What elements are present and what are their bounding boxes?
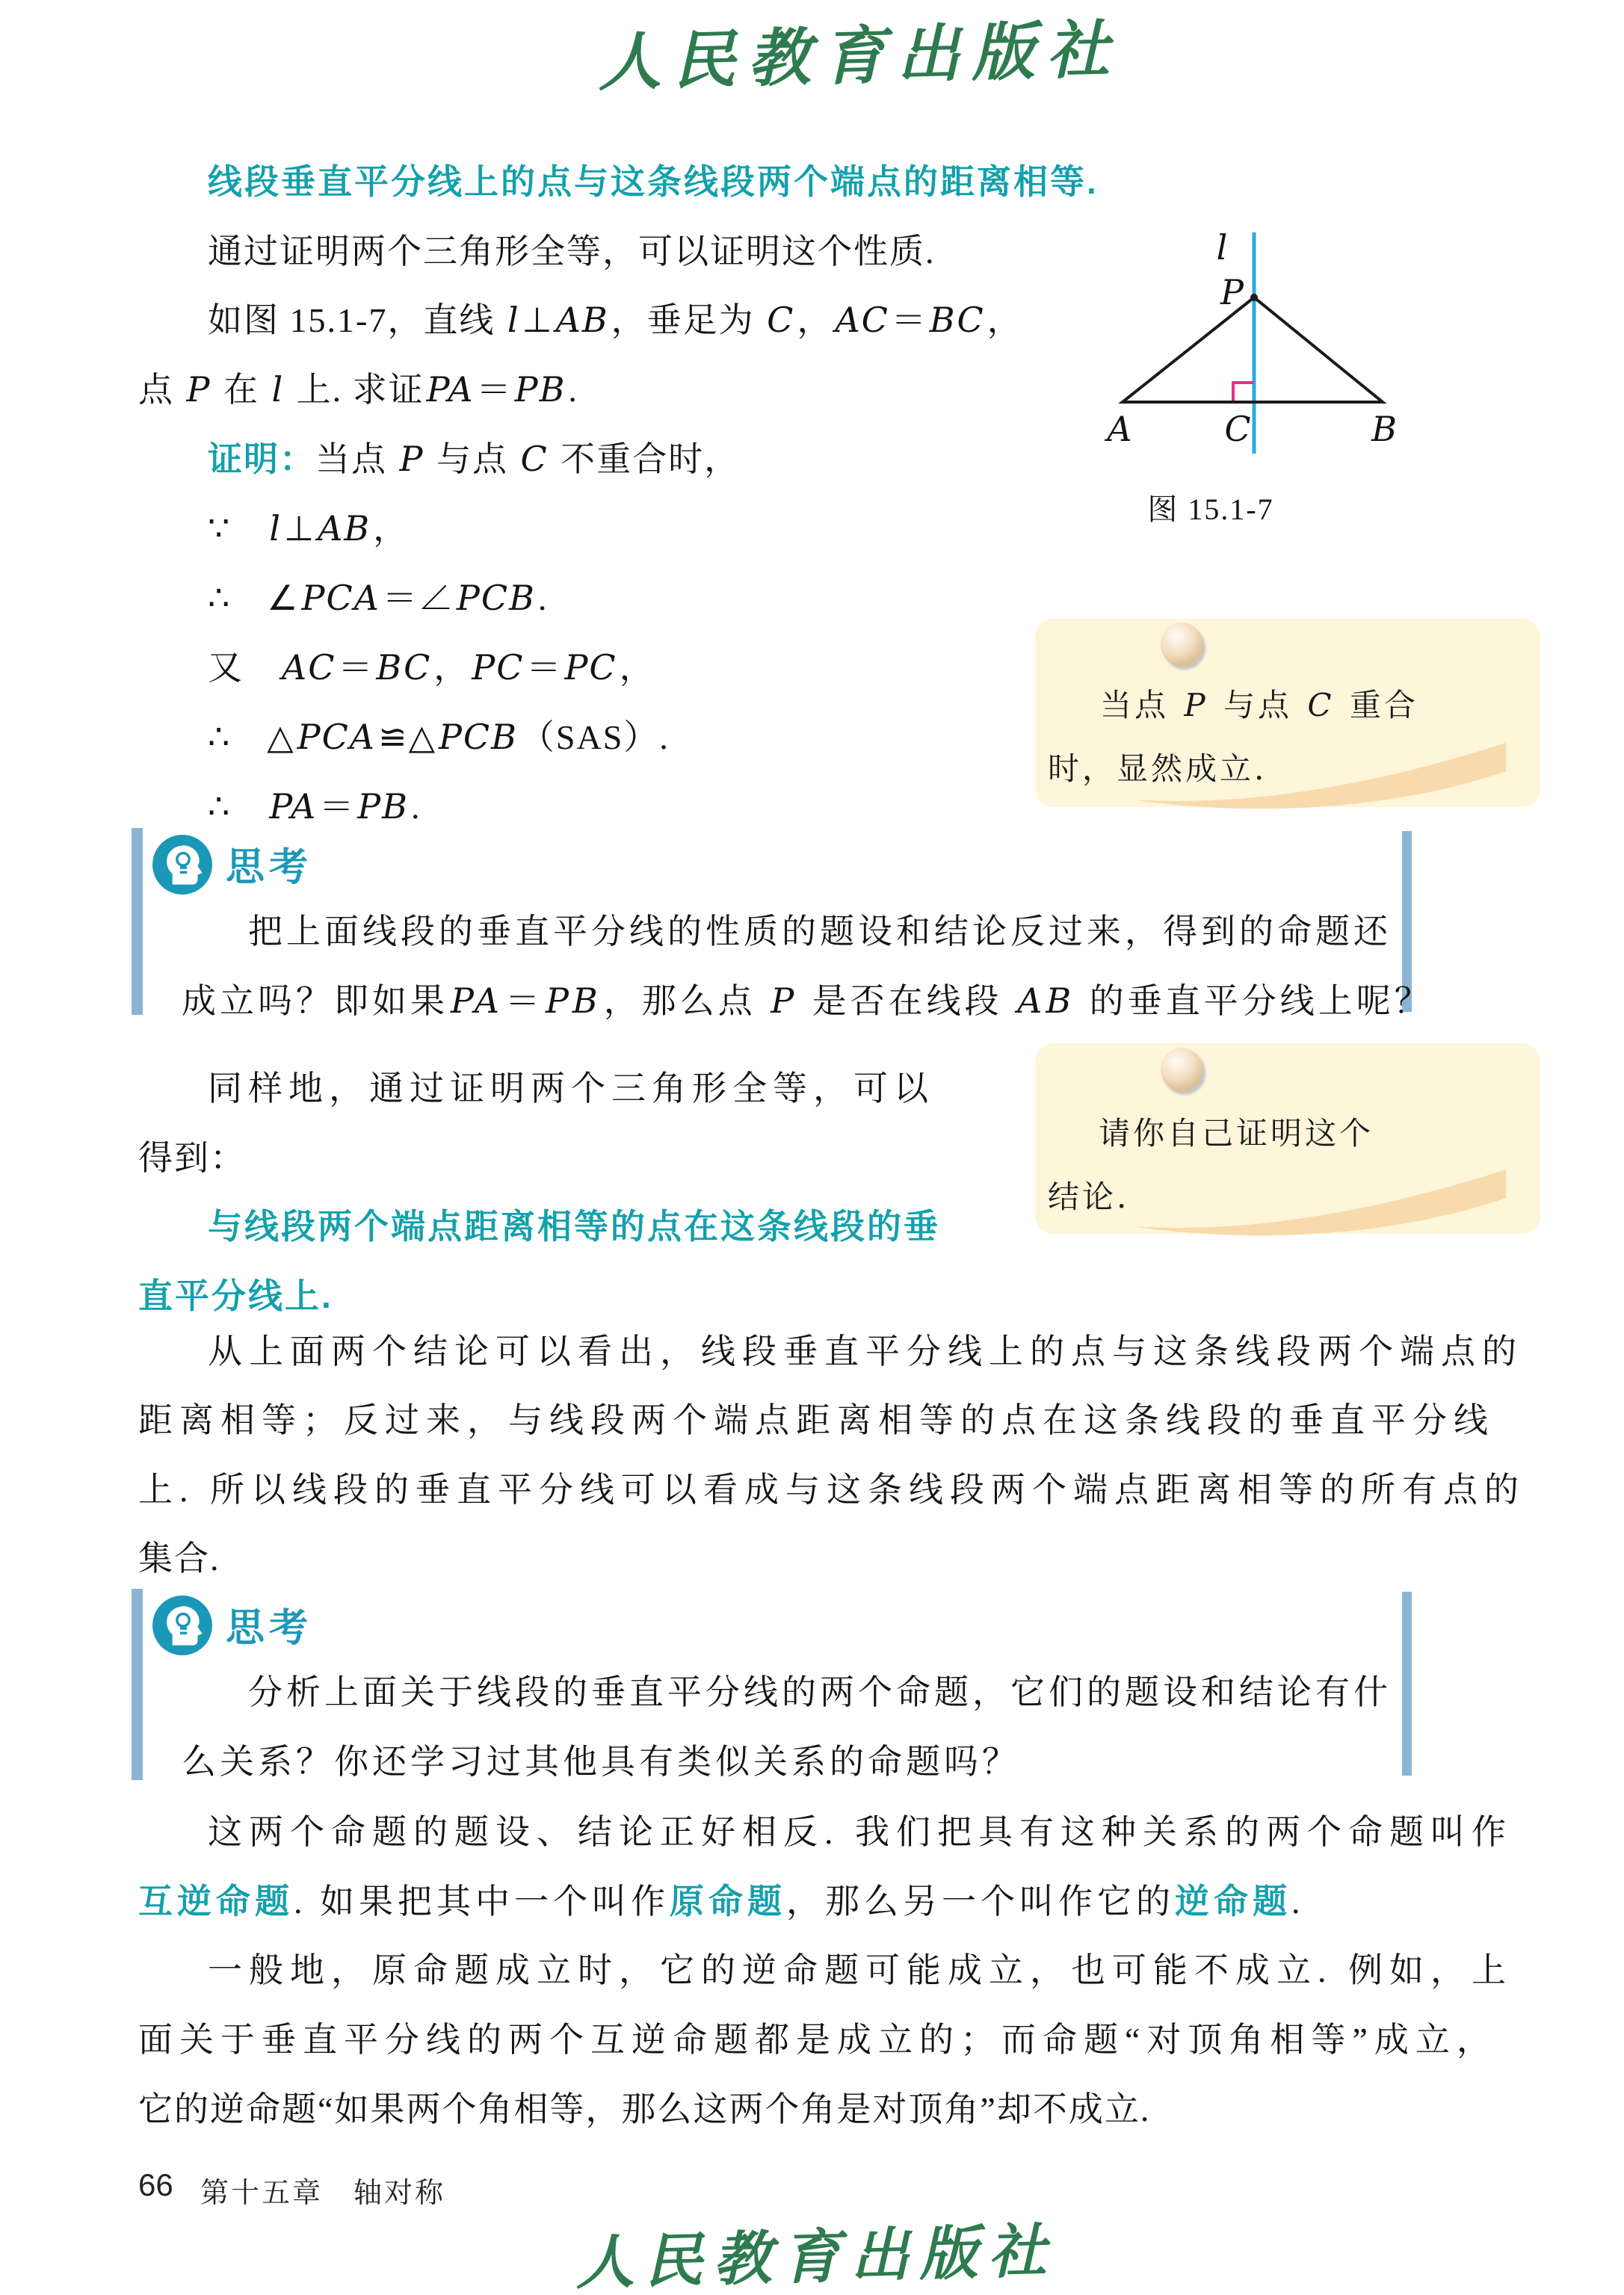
figure-caption: 图 15.1-7: [1106, 486, 1315, 528]
textbook-page: 人民教育出版社 线段垂直平分线上的点与这条线段两个端点的距离相等. 通过证明两个…: [0, 0, 1624, 2295]
propositions-line-1: 这两个命题的题设、结论正好相反. 我们把具有这种关系的两个命题叫作: [208, 1805, 1513, 1854]
label-line-l: l: [1217, 227, 1228, 268]
note1-line-1: 当点 P 与点 C 重合: [1100, 681, 1418, 726]
pearl-pin-icon: [1161, 1048, 1202, 1091]
intro-line: 通过证明两个三角形全等，可以证明这个性质.: [208, 224, 936, 274]
setup-line-2: 点 P 在 l 上. 求证PA＝PB.: [138, 362, 578, 412]
propositions-line-5: 它的逆命题“如果两个角相等，那么这两个角是对顶角”却不成立.: [138, 2082, 1150, 2131]
proof-line-because: ∵ l⊥AB，: [208, 501, 409, 551]
proof-line-angles: ∴ ∠PCA＝∠PCB.: [208, 571, 548, 620]
think2-left-bar: [132, 1589, 143, 1780]
mid-line-1: 同样地，通过证明两个三角形全等，可以: [208, 1061, 934, 1111]
think2-line-2: 么关系？你还学习过其他具有类似关系的命题吗？: [182, 1735, 1020, 1784]
think1-title: 思考: [226, 835, 312, 892]
propositions-line-4: 面关于垂直平分线的两个互逆命题都是成立的；而命题“对顶角相等”成立，: [138, 2013, 1498, 2062]
think1-line-2: 成立吗？即如果PA＝PB，那么点 P 是否在线段 AB 的垂直平分线上呢？: [182, 974, 1433, 1023]
label-point-b: B: [1371, 409, 1397, 449]
publisher-logo-footer: 人民教育出版社: [575, 2205, 1058, 2295]
figure-15-1-7: l P A C B: [1084, 206, 1547, 504]
margin-note-2: 请你自己证明这个 结论.: [1035, 1043, 1540, 1234]
propositions-line-2: 互逆命题. 如果把其中一个叫作原命题，那么另一个叫作它的逆命题.: [138, 1874, 1305, 1924]
think1-line-1: 把上面线段的垂直平分线的性质的题设和结论反过来，得到的命题还: [248, 904, 1392, 954]
think-head-lightbulb-icon: [152, 1595, 213, 1656]
proof-line-conclusion: ∴ PA＝PB.: [208, 779, 422, 829]
chapter-title: 第十五章 轴对称: [200, 2169, 445, 2211]
summary-line-2: 距离相等；反过来，与线段两个端点距离相等的点在这条线段的垂直平分线: [138, 1393, 1495, 1442]
think-head-lightbulb-icon: [152, 834, 213, 895]
proof-line-congruent: ∴ △PCA≌△PCB（SAS）.: [208, 710, 670, 759]
page-number: 66: [138, 2167, 173, 2203]
think2-title: 思考: [226, 1596, 312, 1652]
note-fold-corner: [1132, 1168, 1506, 1243]
label-point-c: C: [1224, 409, 1250, 449]
proof-statement: 证明：当点 P 与点 C 不重合时，: [208, 432, 740, 481]
property-heading: 线段垂直平分线上的点与这条线段两个端点的距离相等.: [208, 155, 1099, 204]
right-angle-mark: [1233, 383, 1254, 402]
summary-line-1: 从上面两个结论可以看出，线段垂直平分线上的点与这条线段两个端点的: [208, 1324, 1523, 1374]
pearl-pin-icon: [1161, 623, 1202, 666]
summary-line-4: 集合.: [138, 1531, 220, 1581]
propositions-line-3: 一般地，原命题成立时，它的逆命题可能成立，也可能不成立. 例如，上: [208, 1943, 1513, 1992]
think1-left-bar: [132, 828, 143, 1015]
point-p-dot: [1250, 294, 1258, 301]
setup-line-1: 如图 15.1-7，直线 l⊥AB，垂足为 C，AC＝BC，: [208, 293, 1023, 342]
note2-line-1: 请你自己证明这个: [1099, 1109, 1374, 1154]
think2-line-1: 分析上面关于线段的垂直平分线的两个命题，它们的题设和结论有什: [248, 1665, 1392, 1714]
think2-right-bar: [1402, 1592, 1412, 1776]
figure-drawing: l P A C B: [1084, 206, 1547, 504]
mid-line-2: 得到：: [138, 1131, 246, 1180]
note2-line-2: 结论.: [1048, 1173, 1129, 1217]
proof-line-sides: 又 AC＝BC，PC＝PC，: [208, 640, 655, 690]
label-point-a: A: [1104, 409, 1131, 449]
converse-heading-2: 直平分线上.: [138, 1269, 333, 1318]
label-point-p: P: [1220, 272, 1244, 312]
summary-line-3: 上. 所以线段的垂直平分线可以看成与这条线段两个端点距离相等的所有点的: [138, 1462, 1525, 1512]
note1-line-2: 时，显然成立.: [1048, 744, 1267, 789]
publisher-logo-header: 人民教育出版社: [597, 0, 1123, 103]
margin-note-1: 当点 P 与点 C 重合 时，显然成立.: [1035, 619, 1540, 807]
converse-heading-1: 与线段两个端点距离相等的点在这条线段的垂: [208, 1199, 940, 1249]
